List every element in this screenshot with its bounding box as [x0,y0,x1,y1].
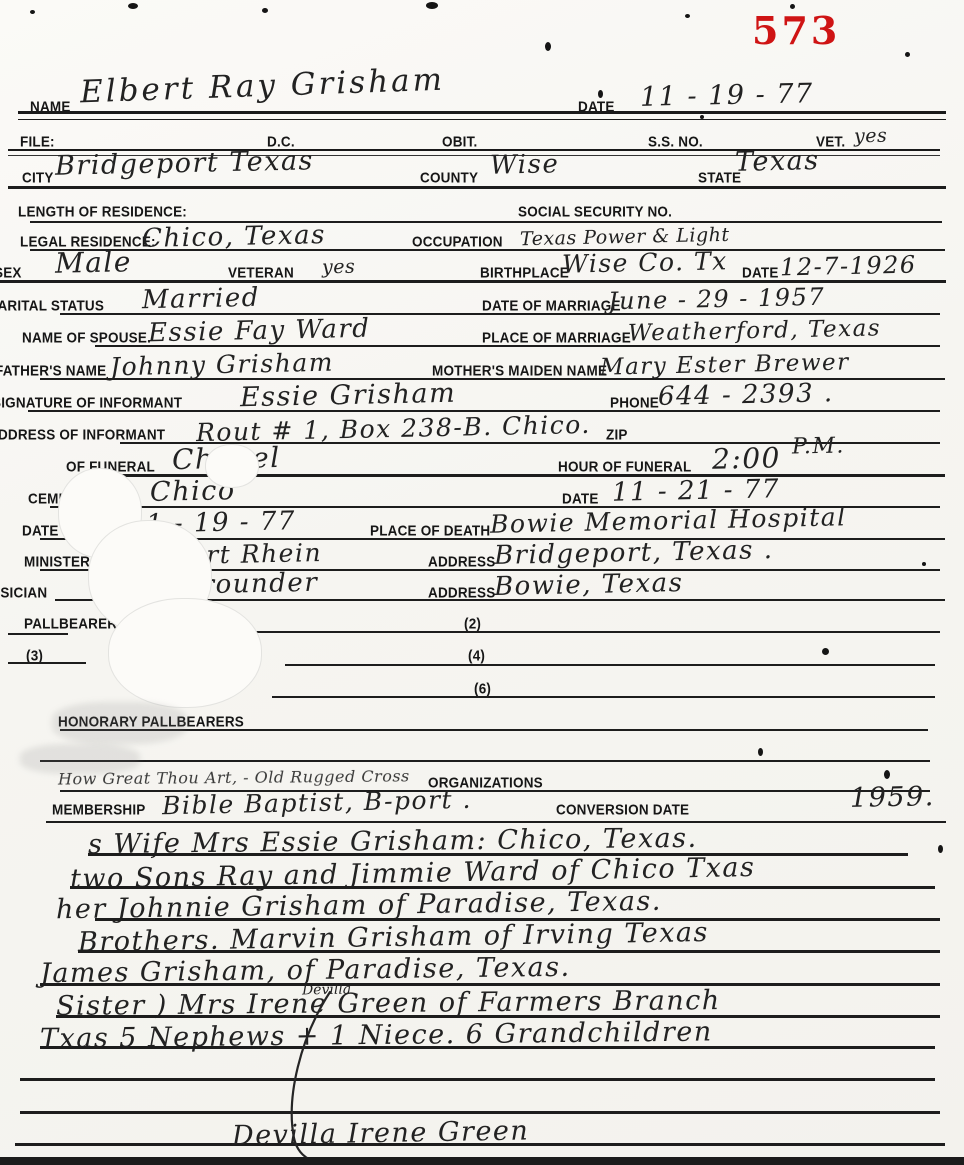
ink-speck [426,2,438,9]
rule-blank-2 [20,1078,935,1081]
rule-obit-6 [56,1015,940,1018]
membership-value: Bible Baptist, B-port . [162,785,472,820]
birth-date-value: 12-7-1926 [780,251,917,282]
date-top-value: 11 - 19 - 77 [640,78,814,113]
place-of-death-value: Bowie Memorial Hospital [490,502,847,538]
obit-label: OBIT. [442,133,478,149]
ink-speck [700,115,704,119]
ink-speck [884,770,890,779]
birth-date-label: DATE [742,264,779,280]
father-label: FATHER'S NAME [0,362,106,378]
mother-label: MOTHER'S MAIDEN NAME [432,362,607,378]
informant-signature-label: SIGNATURE OF INFORMANT [0,394,182,410]
slot4-label: (4) [468,647,485,663]
ink-speck [938,845,943,853]
mother-value: Mary Ester Brewer [600,349,850,380]
marital-status-label: MARITAL STATUS [0,297,104,313]
minister-address-label: ADDRESS [428,553,495,569]
marital-status-value: Married [142,283,260,315]
rule-slot3 [8,662,86,664]
file-label: FILE: [20,133,55,149]
veteran-label: VETERAN [228,264,294,280]
phone-label: PHONE [610,394,659,410]
hour-of-funeral-meridiem: P.M. [792,433,845,459]
whiteout-blob [108,598,262,708]
ink-speck [790,4,795,9]
occupation-label: OCCUPATION [412,233,503,249]
sex-value: Male [55,245,133,280]
birthplace-value: Wise Co. Tx [562,246,728,278]
ink-speck [685,14,690,18]
scan-smudge [52,702,187,744]
veteran-value: yes [322,256,356,279]
place-of-death-label: PLACE OF DEATH [370,522,490,538]
rule-name-row [18,111,946,120]
rule-obit-5 [40,983,940,986]
burial-date-value: 11 - 21 - 77 [612,474,780,508]
conversion-date-label: CONVERSION DATE [556,801,689,817]
physician-address-value: Bowie, Texas [494,568,684,602]
rule-spouse-row [95,345,940,347]
rule-blank-3 [20,1111,940,1114]
rule-obit-7 [40,1046,935,1049]
zip-label: ZIP [606,426,628,442]
vet-label: VET. [816,133,845,149]
membership-label: MEMBERSHIP [52,801,146,817]
ink-speck [598,90,603,98]
rule-city-row [8,186,946,189]
ink-speck [545,42,551,51]
ink-speck [922,562,926,566]
rule-legal-row [30,249,945,251]
slot2-label: (2) [464,615,481,631]
sex-label: SEX [0,264,22,280]
scanned-funeral-record: 573 NAME Elbert Ray Grisham DATE 11 - 19… [0,0,964,1165]
page-number: 573 [752,8,840,53]
ink-speck [905,52,910,57]
scan-smudge [20,744,140,774]
rule-pallbearers-row [178,631,940,633]
length-of-residence-label: LENGTH OF RESIDENCE: [18,203,187,219]
minister-address-value: Bridgeport, Texas . [494,535,774,571]
city-label: CITY [22,169,54,185]
birthplace-label: BIRTHPLACE [480,264,569,280]
ink-speck [758,748,763,756]
place-of-marriage-label: PLACE OF MARRIAGE [482,329,631,345]
minister-label: MINISTER [24,553,90,569]
rule-blank-1 [40,760,930,762]
rule-pallbearers-left [8,633,68,635]
informant-signature-value: Essie Grisham [240,378,457,414]
city-value: Bridgeport Texas [55,145,314,181]
scan-edge-bar [0,1157,964,1165]
informant-address-label: ADDRESS OF INFORMANT [0,426,165,442]
date-of-marriage-label: DATE OF MARRIAGE [482,297,621,313]
ink-speck [30,10,35,14]
physician-label: PHYSICIAN [0,584,47,600]
whiteout-blob [205,444,259,488]
hour-of-funeral-value: 2:00 [712,441,782,475]
ink-speck [822,648,829,655]
date-of-marriage-value: June - 29 - 1957 [608,283,826,316]
county-label: COUNTY [420,169,478,185]
social-security-label: SOCIAL SECURITY NO. [518,203,672,219]
conversion-date-value: 1959. [850,781,935,814]
slot6-label: (6) [474,680,491,696]
rule-honorary-row [60,729,928,731]
ink-speck [128,3,138,9]
obituary-footnote: Devilla Irene Green [232,1115,530,1151]
phone-value: 644 - 2393 . [658,378,834,412]
burial-date-label: DATE [562,490,599,506]
father-value: Johnny Grisham [110,348,334,382]
place-of-marriage-value: Weatherford, Texas [628,315,882,346]
rule-slot6 [272,696,935,698]
county-value: Wise [490,149,560,180]
ink-speck [262,8,268,13]
ssno-label: S.S. NO. [648,133,703,149]
vet-value: yes [854,125,888,148]
spouse-label: NAME OF SPOUSE. [22,329,151,345]
name-value: Elbert Ray Grisham [79,62,445,111]
rule-marital-row [60,313,940,315]
handwritten-bracket-stroke [278,988,348,1165]
state-value: Texas [735,145,820,178]
spouse-value: Essie Fay Ward [148,314,371,349]
hour-of-funeral-label: HOUR OF FUNERAL [558,458,692,474]
rule-slot4 [285,664,935,666]
rule-membership-row [46,821,946,823]
death-date-label: DATE [22,522,59,538]
